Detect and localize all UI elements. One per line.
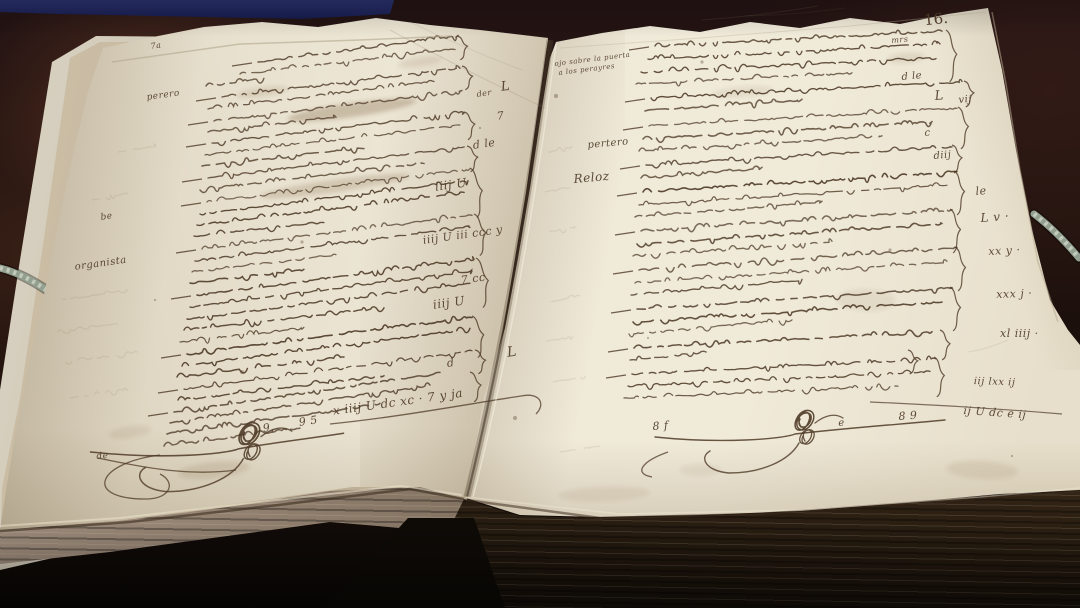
bookmark-cord-right: [0, 0, 1080, 608]
manuscript-photo-scene: 16. pererobeorganistaderL7d leiiij Uiiij…: [0, 0, 1080, 608]
